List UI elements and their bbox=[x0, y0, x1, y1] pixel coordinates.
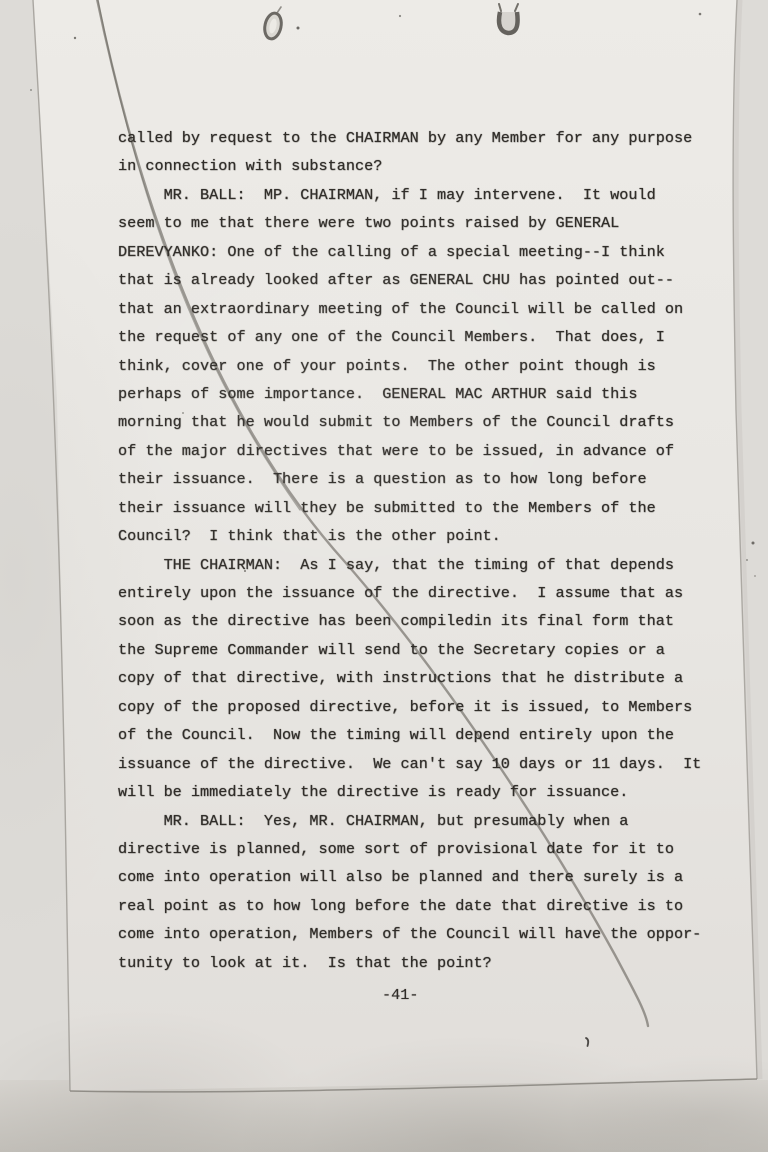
text-line: the request of any one of the Council Me… bbox=[118, 323, 701, 351]
text-line: will be immediately the directive is rea… bbox=[118, 778, 701, 806]
text-line: MR. BALL: Yes, MR. CHAIRMAN, but presuma… bbox=[118, 807, 701, 835]
text-line: morning that he would submit to Members … bbox=[118, 408, 701, 436]
text-line: Council? I think that is the other point… bbox=[118, 522, 701, 550]
page-number: -41- bbox=[382, 986, 418, 1004]
text-line: issuance of the directive. We can't say … bbox=[118, 750, 701, 778]
text-line: come into operation will also be planned… bbox=[118, 863, 701, 891]
text-line: entirely upon the issuance of the direct… bbox=[118, 579, 701, 607]
text-line: real point as to how long before the dat… bbox=[118, 892, 701, 920]
text-line: of the Council. Now the timing will depe… bbox=[118, 721, 701, 749]
text-line: copy of that directive, with instruction… bbox=[118, 664, 701, 692]
text-line: tunity to look at it. Is that the point? bbox=[118, 949, 701, 977]
text-line: MR. BALL: MP. CHAIRMAN, if I may interve… bbox=[118, 181, 701, 209]
text-line: copy of the proposed directive, before i… bbox=[118, 693, 701, 721]
text-line: called by request to the CHAIRMAN by any… bbox=[118, 124, 701, 152]
text-line: perhaps of some importance. GENERAL MAC … bbox=[118, 380, 701, 408]
text-line: DEREVYANKO: One of the calling of a spec… bbox=[118, 238, 701, 266]
scanner-bed-bottom bbox=[0, 1080, 768, 1152]
text-line: that an extraordinary meeting of the Cou… bbox=[118, 295, 701, 323]
text-line: that is already looked after as GENERAL … bbox=[118, 266, 701, 294]
scanned-page: called by request to the CHAIRMAN by any… bbox=[0, 0, 768, 1152]
text-line: think, cover one of your points. The oth… bbox=[118, 352, 701, 380]
text-line: in connection with substance? bbox=[118, 152, 701, 180]
text-line: seem to me that there were two points ra… bbox=[118, 209, 701, 237]
text-line: the Supreme Commander will send to the S… bbox=[118, 636, 701, 664]
text-line: their issuance will they be submitted to… bbox=[118, 494, 701, 522]
text-line: of the major directives that were to be … bbox=[118, 437, 701, 465]
text-line: soon as the directive has been compiledi… bbox=[118, 607, 701, 635]
text-line: THE CHAIRMAN: As I say, that the timing … bbox=[118, 551, 701, 579]
text-line: directive is planned, some sort of provi… bbox=[118, 835, 701, 863]
text-line: their issuance. There is a question as t… bbox=[118, 465, 701, 493]
typewritten-text: called by request to the CHAIRMAN by any… bbox=[118, 124, 701, 977]
text-line: come into operation, Members of the Coun… bbox=[118, 920, 701, 948]
